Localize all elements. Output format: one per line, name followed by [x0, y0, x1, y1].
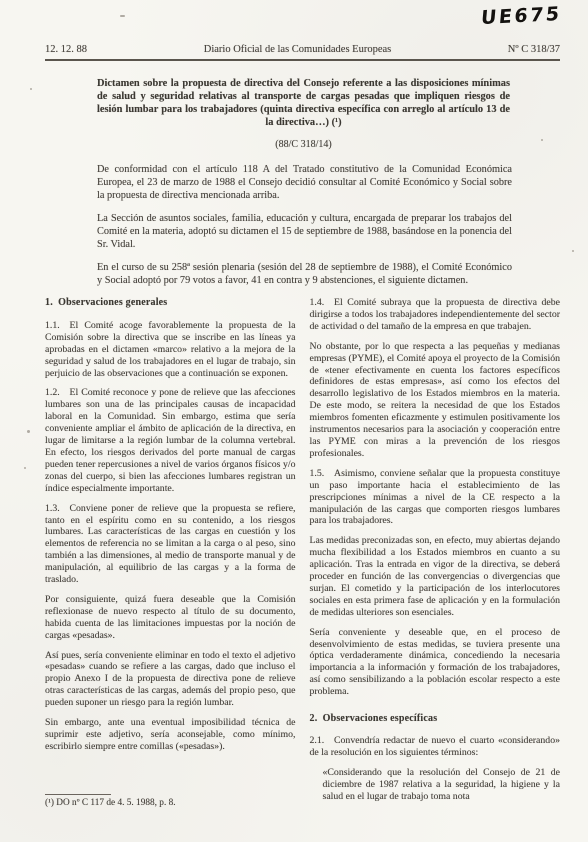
document-reference: (88/C 318/14) — [97, 139, 510, 150]
body-paragraph-1-1: 1.1. El Comité acoge favorablemente la p… — [45, 320, 296, 380]
body-paragraph-1-5: 1.5. Asimismo, conviene señalar que la p… — [310, 468, 561, 528]
preamble-paragraph: La Sección de asuntos sociales, familia,… — [97, 212, 512, 251]
header-journal-title: Diario Oficial de las Comunidades Europe… — [115, 44, 480, 55]
preamble-paragraph: En el curso de su 258ª sesión plenaria (… — [97, 261, 512, 287]
left-column: 1. Observaciones generales 1.1. El Comit… — [45, 297, 296, 811]
scan-speck — [27, 430, 30, 433]
scan-speck — [541, 139, 543, 141]
scan-speck — [30, 88, 32, 90]
preamble: De conformidad con el artículo 118 A del… — [97, 163, 512, 287]
footnote-text: (¹) DO nº C 117 de 4. 5. 1988, p. 8. — [45, 798, 285, 808]
body-paragraph: Sin embargo, ante una eventual imposibil… — [45, 717, 296, 753]
body-paragraph: Así pues, sería conveniente eliminar en … — [45, 650, 296, 710]
handwritten-mark: UE675 — [481, 3, 563, 29]
body-paragraph: Sería conveniente y deseable que, en el … — [310, 627, 561, 698]
document-title: Dictamen sobre la propuesta de directiva… — [97, 77, 510, 129]
quoted-recital: «Considerando que la resolución del Cons… — [323, 767, 561, 803]
title-block: Dictamen sobre la propuesta de directiva… — [97, 77, 510, 150]
body-paragraph-1-4: 1.4. El Comité subraya que la propuesta … — [310, 297, 561, 333]
scanned-journal-page: UE675 12. 12. 88 Diario Oficial de las C… — [0, 0, 588, 842]
footnote: (¹) DO nº C 117 de 4. 5. 1988, p. 8. — [45, 794, 285, 808]
section-heading-especificas: 2. Observaciones específicas — [310, 713, 561, 725]
section-heading-general: 1. Observaciones generales — [45, 297, 296, 309]
scan-speck — [120, 15, 125, 17]
scan-speck — [24, 467, 26, 469]
body-paragraph-1-3: 1.3. Conviene poner de relieve que la pr… — [45, 503, 296, 586]
header-page-number: Nº C 318/37 — [480, 44, 560, 55]
body-paragraph: Las medidas preconizadas son, en efecto,… — [310, 535, 561, 618]
preamble-paragraph: De conformidad con el artículo 118 A del… — [97, 163, 512, 202]
two-column-body: 1. Observaciones generales 1.1. El Comit… — [45, 297, 560, 811]
body-paragraph: Por consiguiente, quizá fuera deseable q… — [45, 594, 296, 642]
right-column: 1.4. El Comité subraya que la propuesta … — [310, 297, 561, 811]
body-paragraph: No obstante, por lo que respecta a las p… — [310, 341, 561, 460]
header-date: 12. 12. 88 — [45, 44, 115, 55]
scan-speck — [572, 250, 574, 252]
footnote-rule — [45, 794, 111, 795]
body-paragraph-1-2: 1.2. El Comité reconoce y pone de reliev… — [45, 387, 296, 494]
body-paragraph-2-1: 2.1. Convendría redactar de nuevo el cua… — [310, 735, 561, 759]
